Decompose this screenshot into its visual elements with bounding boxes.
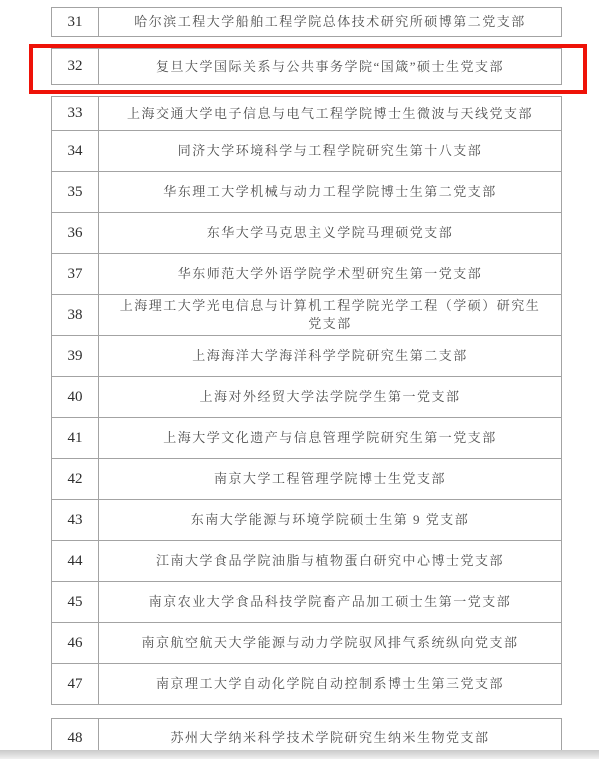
branch-name-line: 上海对外经贸大学法学院学生第一党支部 — [199, 388, 460, 406]
branch-name: 上海海洋大学海洋科学学院研究生第二支部 — [99, 336, 561, 376]
table-row: 35华东理工大学机械与动力工程学院博士生第二党支部 — [51, 171, 562, 213]
branch-name: 复旦大学国际关系与公共事务学院“国箴”硕士生党支部 — [99, 49, 561, 84]
branch-name-line: 南京大学工程管理学院博士生党支部 — [214, 470, 446, 488]
branch-name: 华东理工大学机械与动力工程学院博士生第二党支部 — [99, 172, 561, 212]
branch-name: 华东师范大学外语学院学术型研究生第一党支部 — [99, 254, 561, 294]
table-fragment-main: 33上海交通大学电子信息与电气工程学院博士生微波与天线党支部34同济大学环境科学… — [51, 96, 562, 705]
row-number: 44 — [52, 541, 99, 581]
branch-name: 上海理工大学光电信息与计算机工程学院光学工程（学硕）研究生党支部 — [99, 295, 561, 335]
branch-name-line: 上海大学文化遗产与信息管理学院研究生第一党支部 — [163, 429, 497, 447]
branch-name-line: 党支部 — [308, 315, 352, 333]
branch-name-line: 江南大学食品学院油脂与植物蛋白研究中心博士党支部 — [156, 552, 504, 570]
branch-name-line: 上海海洋大学海洋科学学院研究生第二支部 — [192, 347, 468, 365]
branch-name-line: 同济大学环境科学与工程学院研究生第十八支部 — [178, 142, 483, 160]
branch-name-line: 南京航空航天大学能源与动力学院驭风排气系统纵向党支部 — [141, 634, 518, 652]
branch-name-line: 东华大学马克思主义学院马理硕党支部 — [207, 224, 454, 242]
branch-name: 上海交通大学电子信息与电气工程学院博士生微波与天线党支部 — [99, 97, 561, 130]
branch-name-line: 上海交通大学电子信息与电气工程学院博士生微波与天线党支部 — [127, 105, 533, 123]
branch-name-line: 华东师范大学外语学院学术型研究生第一党支部 — [178, 265, 483, 283]
row-number: 46 — [52, 623, 99, 663]
row-number: 38 — [52, 295, 99, 335]
row-number: 33 — [52, 97, 99, 130]
branch-name-line: 南京理工大学自动化学院自动控制系博士生第三党支部 — [156, 675, 504, 693]
table-row: 34同济大学环境科学与工程学院研究生第十八支部 — [51, 130, 562, 172]
table-row: 45南京农业大学食品科技学院畜产品加工硕士生第一党支部 — [51, 581, 562, 623]
branch-name-line: 复旦大学国际关系与公共事务学院“国箴”硕士生党支部 — [156, 58, 504, 76]
branch-name-line: 东南大学能源与环境学院硕士生第 9 党支部 — [191, 511, 470, 529]
branch-name-line: 苏州大学纳米科学技术学院研究生纳米生物党支部 — [170, 729, 489, 747]
row-number: 35 — [52, 172, 99, 212]
table-row: 36东华大学马克思主义学院马理硕党支部 — [51, 212, 562, 254]
table-row: 42南京大学工程管理学院博士生党支部 — [51, 458, 562, 500]
table-row: 40上海对外经贸大学法学院学生第一党支部 — [51, 376, 562, 418]
branch-name-line: 哈尔滨工程大学船舶工程学院总体技术研究所硕博第二党支部 — [134, 13, 526, 31]
branch-name: 东南大学能源与环境学院硕士生第 9 党支部 — [99, 500, 561, 540]
row-number: 43 — [52, 500, 99, 540]
row-number: 45 — [52, 582, 99, 622]
branch-name: 东华大学马克思主义学院马理硕党支部 — [99, 213, 561, 253]
table-row: 32复旦大学国际关系与公共事务学院“国箴”硕士生党支部 — [51, 48, 562, 85]
branch-name: 南京航空航天大学能源与动力学院驭风排气系统纵向党支部 — [99, 623, 561, 663]
table-row: 44江南大学食品学院油脂与植物蛋白研究中心博士党支部 — [51, 540, 562, 582]
branch-name: 南京大学工程管理学院博士生党支部 — [99, 459, 561, 499]
table-fragment-highlighted: 32复旦大学国际关系与公共事务学院“国箴”硕士生党支部 — [51, 48, 562, 85]
table-row: 33上海交通大学电子信息与电气工程学院博士生微波与天线党支部 — [51, 96, 562, 131]
branch-name-line: 南京农业大学食品科技学院畜产品加工硕士生第一党支部 — [149, 593, 512, 611]
row-number: 39 — [52, 336, 99, 376]
table-row: 37华东师范大学外语学院学术型研究生第一党支部 — [51, 253, 562, 295]
branch-name: 同济大学环境科学与工程学院研究生第十八支部 — [99, 131, 561, 171]
table-row: 31哈尔滨工程大学船舶工程学院总体技术研究所硕博第二党支部 — [51, 7, 562, 37]
page-break-edge — [0, 750, 599, 759]
row-number: 36 — [52, 213, 99, 253]
branch-name: 江南大学食品学院油脂与植物蛋白研究中心博士党支部 — [99, 541, 561, 581]
row-number: 47 — [52, 664, 99, 704]
table-row: 41上海大学文化遗产与信息管理学院研究生第一党支部 — [51, 417, 562, 459]
row-number: 37 — [52, 254, 99, 294]
row-number: 32 — [52, 49, 99, 84]
table-row: 47南京理工大学自动化学院自动控制系博士生第三党支部 — [51, 663, 562, 705]
table-row: 39上海海洋大学海洋科学学院研究生第二支部 — [51, 335, 562, 377]
row-number: 31 — [52, 8, 99, 36]
table-fragment-top: 31哈尔滨工程大学船舶工程学院总体技术研究所硕博第二党支部 — [51, 7, 562, 37]
row-number: 40 — [52, 377, 99, 417]
branch-name: 上海对外经贸大学法学院学生第一党支部 — [99, 377, 561, 417]
branch-name: 上海大学文化遗产与信息管理学院研究生第一党支部 — [99, 418, 561, 458]
branch-name: 南京农业大学食品科技学院畜产品加工硕士生第一党支部 — [99, 582, 561, 622]
branch-name: 南京理工大学自动化学院自动控制系博士生第三党支部 — [99, 664, 561, 704]
branch-name: 哈尔滨工程大学船舶工程学院总体技术研究所硕博第二党支部 — [99, 8, 561, 36]
table-row: 46南京航空航天大学能源与动力学院驭风排气系统纵向党支部 — [51, 622, 562, 664]
branch-name-line: 上海理工大学光电信息与计算机工程学院光学工程（学硕）研究生 — [120, 297, 541, 315]
table-row: 43东南大学能源与环境学院硕士生第 9 党支部 — [51, 499, 562, 541]
row-number: 42 — [52, 459, 99, 499]
table-row: 38上海理工大学光电信息与计算机工程学院光学工程（学硕）研究生党支部 — [51, 294, 562, 336]
branch-name-line: 华东理工大学机械与动力工程学院博士生第二党支部 — [163, 183, 497, 201]
row-number: 34 — [52, 131, 99, 171]
row-number: 41 — [52, 418, 99, 458]
